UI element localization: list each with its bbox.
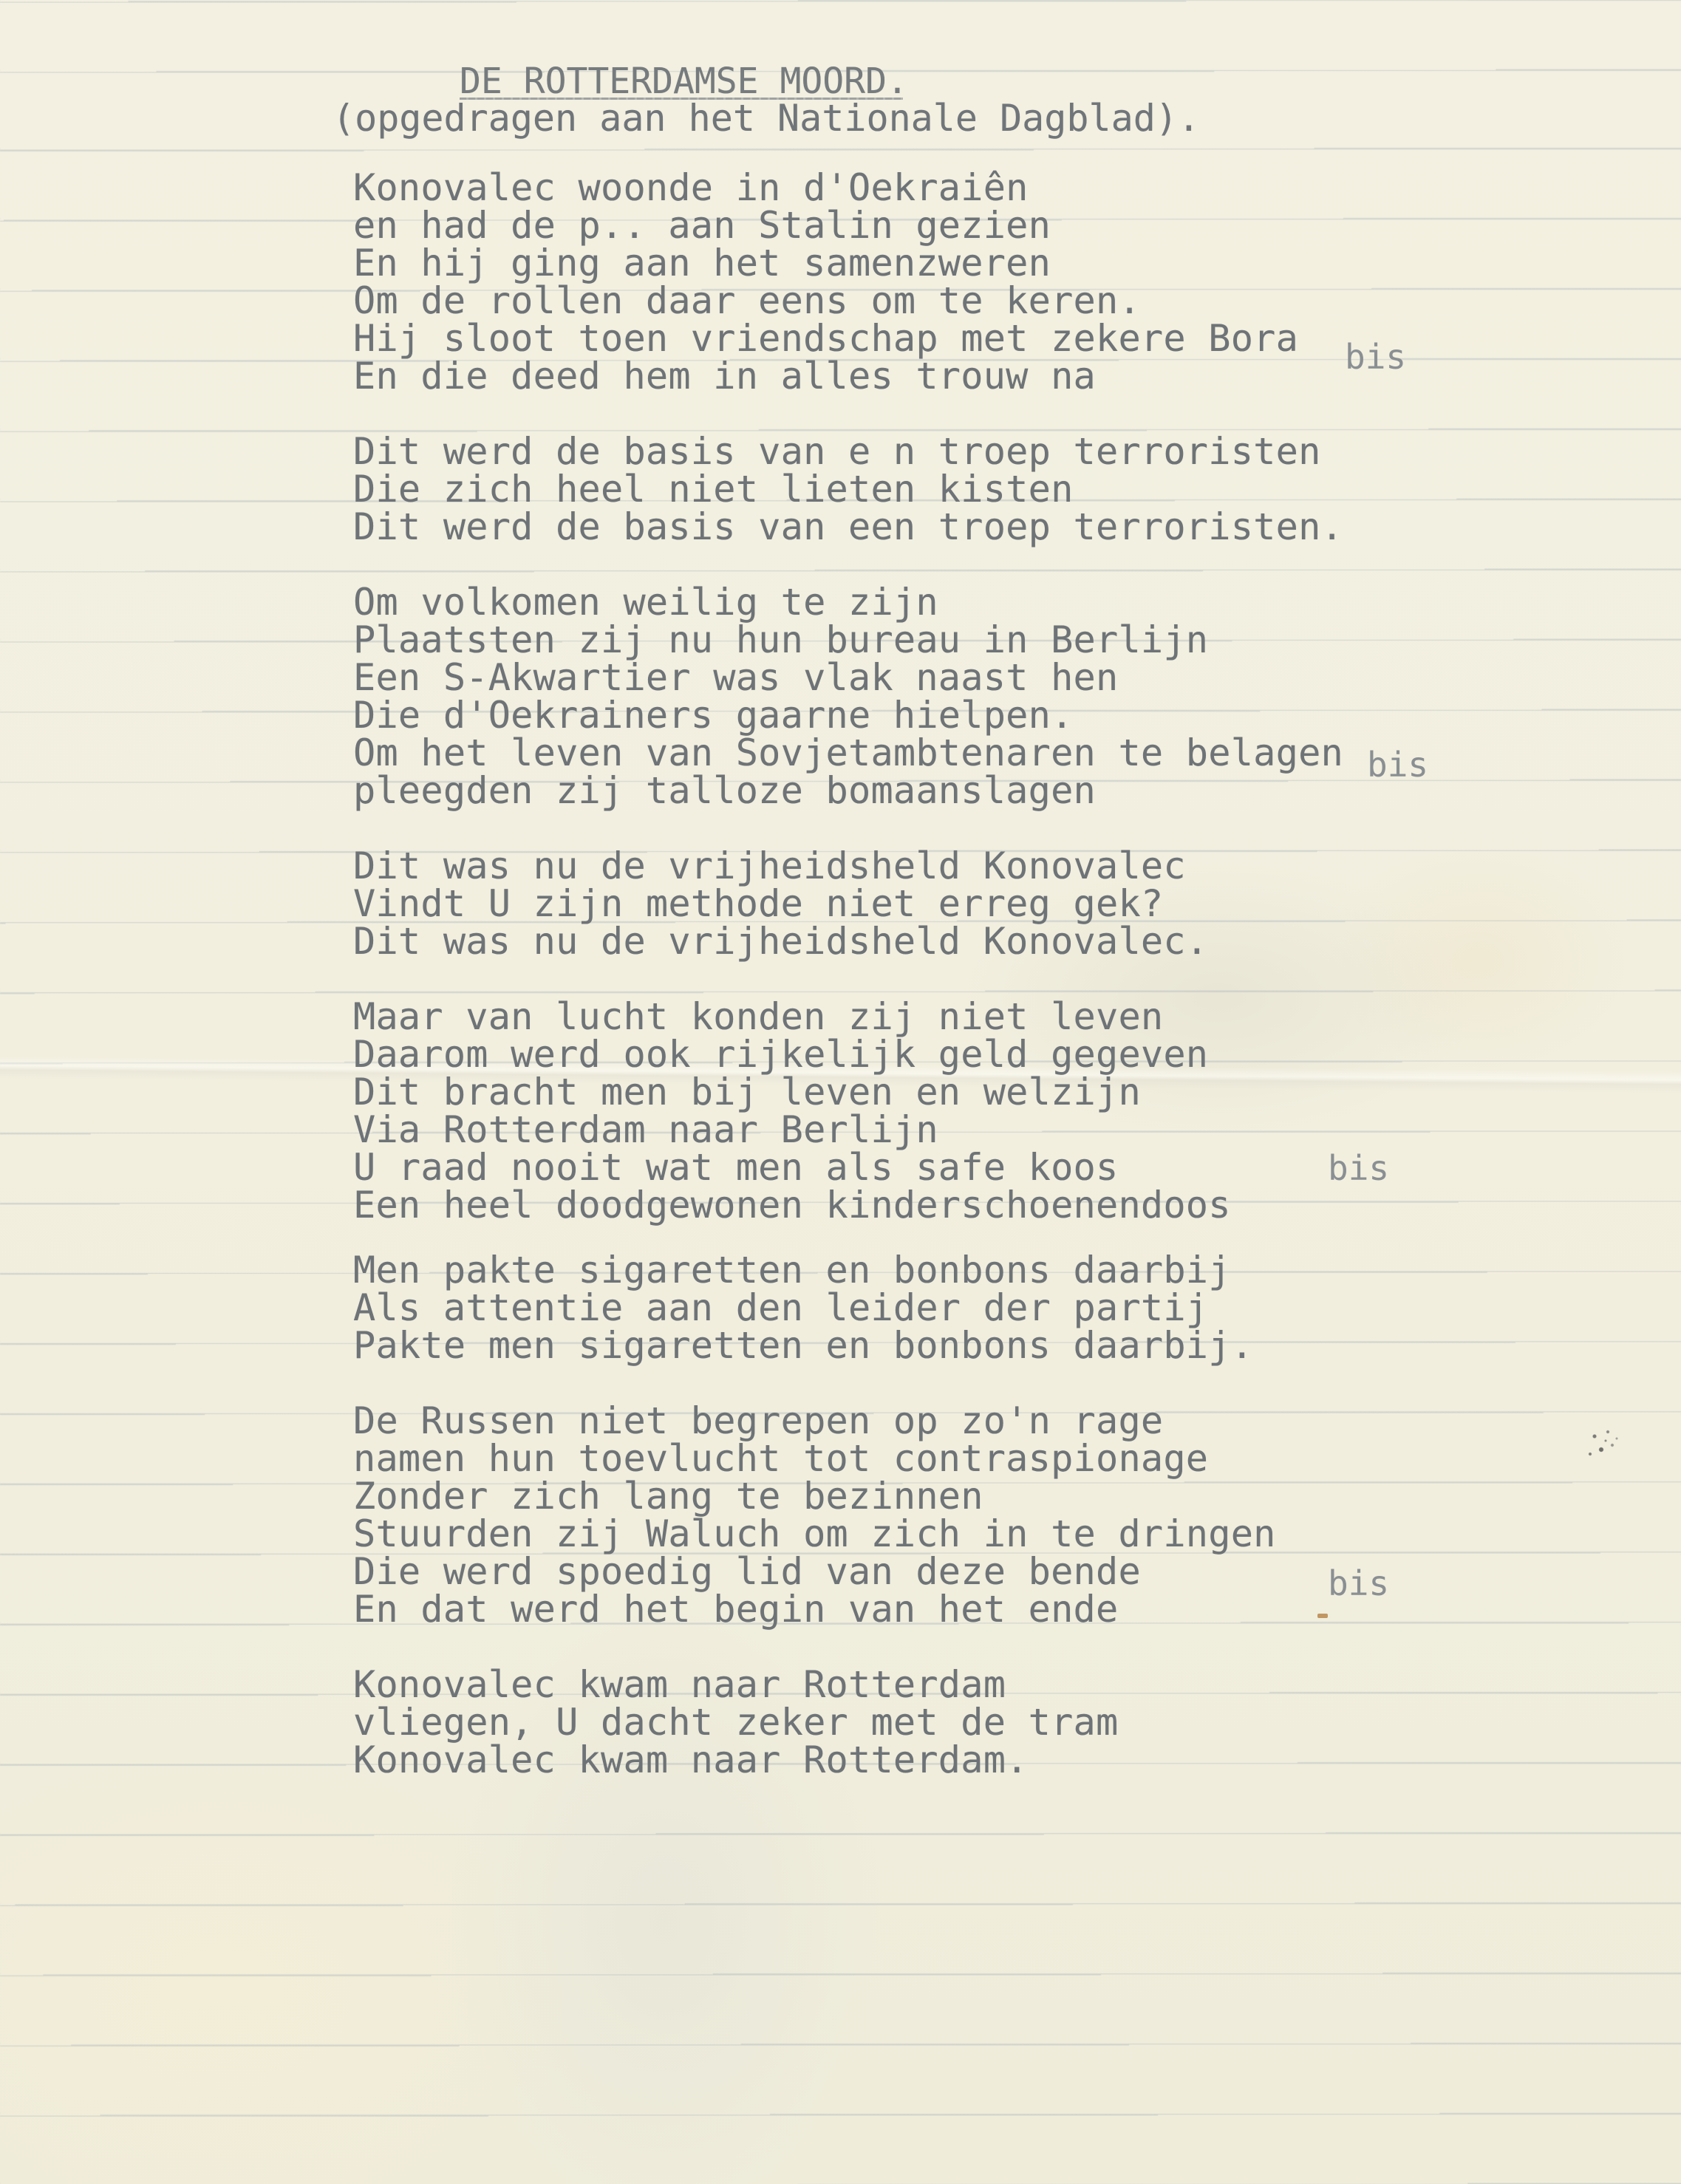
verse-line: Een heel doodgewonen kinderschoenendoos bbox=[353, 1184, 1231, 1226]
margin-note-bis: bis bbox=[1367, 746, 1428, 783]
rust-spot bbox=[1317, 1614, 1328, 1618]
verse-line: Dit bracht men bij leven en welzijn bbox=[353, 1071, 1141, 1113]
verse-line: Om het leven van Sovjetambtenaren te bel… bbox=[353, 732, 1343, 774]
verse-line: Zonder zich lang te bezinnen bbox=[353, 1475, 983, 1517]
verse-line: Hij sloot toen vriendschap met zekere Bo… bbox=[353, 318, 1298, 359]
verse-line: Maar van lucht konden zij niet leven bbox=[353, 996, 1163, 1037]
margin-note-bis: bis bbox=[1345, 338, 1406, 375]
verse-line: namen hun toevlucht tot contraspionage bbox=[353, 1438, 1208, 1479]
verse-line: Die d'Oekrainers gaarne hielpen. bbox=[353, 695, 1074, 736]
verse-line: Pakte men sigaretten en bonbons daarbij. bbox=[353, 1325, 1253, 1366]
verse-line: Als attentie aan den leider der partij bbox=[353, 1287, 1208, 1328]
typewritten-page: DE ROTTERDAMSE MOORD. (opgedragen aan he… bbox=[0, 0, 1681, 2184]
verse-line: Dit werd de basis van e n troep terroris… bbox=[353, 431, 1321, 472]
verse-line: Die werd spoedig lid van deze bende bbox=[353, 1551, 1141, 1592]
verse-line: Konovalec woonde in d'Oekraiên bbox=[353, 167, 1029, 208]
verse-line: De Russen niet begrepen op zo'n rage bbox=[353, 1400, 1163, 1441]
verse-line: Vindt U zijn methode niet erreg gek? bbox=[353, 883, 1163, 924]
verse-line: Dit werd de basis van een troep terroris… bbox=[353, 506, 1343, 547]
margin-note-bis: bis bbox=[1328, 1150, 1389, 1187]
verse-line: Een S-Akwartier was vlak naast hen bbox=[353, 657, 1118, 698]
verse-line: Men pakte sigaretten en bonbons daarbij bbox=[353, 1249, 1231, 1291]
verse-line: pleegden zij talloze bomaanslagen bbox=[353, 770, 1096, 811]
verse-line: U raad nooit wat men als safe koos bbox=[353, 1147, 1118, 1188]
verse-line: Via Rotterdam naar Berlijn bbox=[353, 1109, 938, 1150]
verse-line: vliegen, U dacht zeker met de tram bbox=[353, 1702, 1118, 1743]
verse-line: Konovalec kwam naar Rotterdam bbox=[353, 1664, 1006, 1705]
verse-line: En die deed hem in alles trouw na bbox=[353, 355, 1096, 397]
document-title: DE ROTTERDAMSE MOORD. bbox=[460, 61, 908, 102]
verse-line: Die zich heel niet lieten kisten bbox=[353, 468, 1074, 510]
margin-note-bis: bis bbox=[1328, 1565, 1389, 1602]
verse-line: Plaatsten zij nu hun bureau in Berlijn bbox=[353, 619, 1208, 661]
verse-line: Daarom werd ook rijkelijk geld gegeven bbox=[353, 1034, 1208, 1075]
verse-line: Stuurden zij Waluch om zich in te dringe… bbox=[353, 1513, 1276, 1555]
verse-line: en had de p.. aan Stalin gezien bbox=[353, 205, 1051, 246]
verse-line: Dit was nu de vrijheidsheld Konovalec bbox=[353, 845, 1186, 887]
ink-speckle-stain bbox=[1581, 1419, 1626, 1463]
document-subtitle: (opgedragen aan het Nationale Dagblad). bbox=[333, 98, 1200, 139]
verse-line: En dat werd het begin van het ende bbox=[353, 1588, 1118, 1630]
verse-line: Konovalec kwam naar Rotterdam. bbox=[353, 1739, 1029, 1781]
verse-line: Om de rollen daar eens om te keren. bbox=[353, 280, 1141, 321]
verse-line: Dit was nu de vrijheidsheld Konovalec. bbox=[353, 921, 1208, 962]
verse-line: En hij ging aan het samenzweren bbox=[353, 242, 1051, 284]
verse-line: Om volkomen weilig te zijn bbox=[353, 581, 938, 623]
